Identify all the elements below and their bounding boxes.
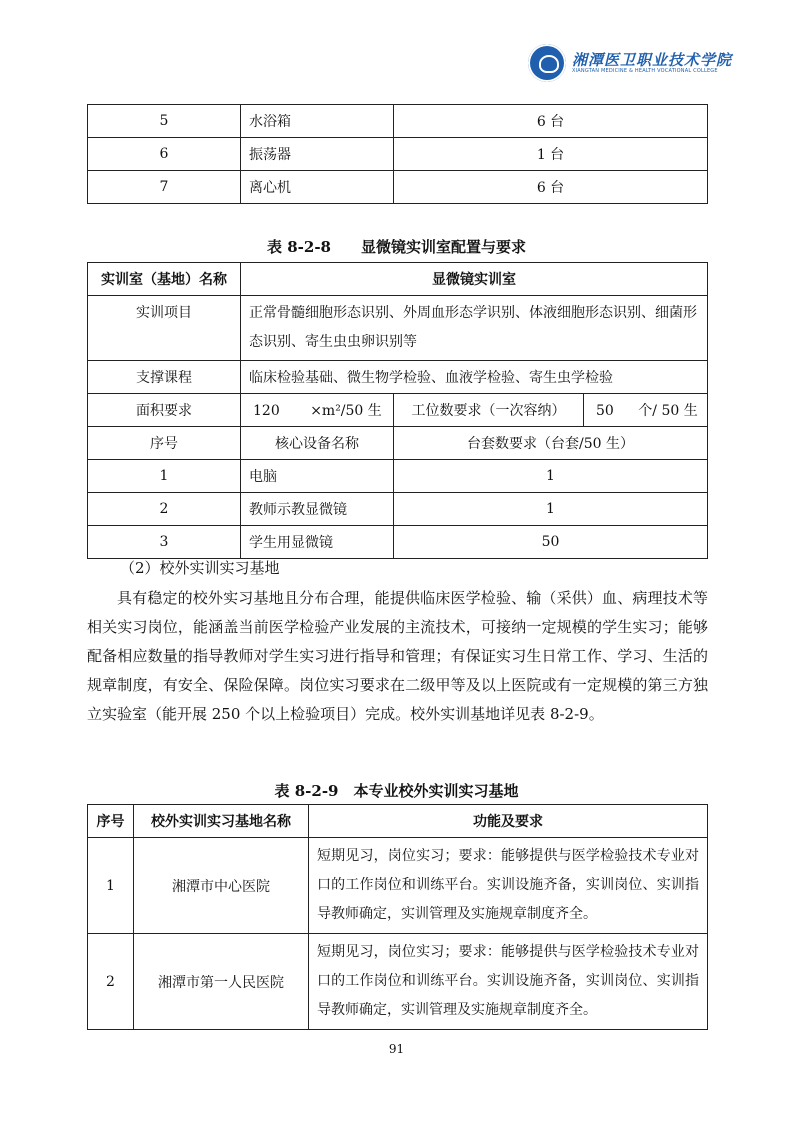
table-row: 实训室（基地）名称 显微镜实训室 (88, 263, 708, 296)
logo-english-name: XIANGTAN MEDICINE & HEALTH VOCATIONAL CO… (572, 68, 732, 75)
table-row: 1 湘潭市中心医院 短期见习，岗位实习；要求：能够提供与医学检验技术专业对口的工… (88, 838, 708, 934)
project-value: 正常骨髓细胞形态识别、外周血形态学识别、体液细胞形态识别、细菌形态识别、寄生虫虫… (241, 296, 708, 361)
course-label: 支撑课程 (88, 361, 241, 394)
college-emblem-icon (528, 44, 566, 82)
table-caption-8-2-9: 表 8-2-9 本专业校外实训实习基地 (0, 780, 793, 801)
course-value: 临床检验基础、微生物学检验、血液学检验、寄生虫学检验 (241, 361, 708, 394)
area-unit: ×m²/50 生 (310, 403, 382, 419)
row-name: 湘潭市第一人民医院 (134, 934, 309, 1030)
table-header-row: 序号 校外实训实习基地名称 功能及要求 (88, 805, 708, 838)
station-value: 50 (596, 403, 614, 419)
table-row: 1 电脑 1 (88, 460, 708, 493)
row-no: 1 (88, 460, 241, 493)
microscope-lab-table: 实训室（基地）名称 显微镜实训室 实训项目 正常骨髓细胞形态识别、外周血形态学识… (87, 262, 708, 559)
area-value: 120 (253, 403, 280, 419)
table-row: 2 湘潭市第一人民医院 短期见习，岗位实习；要求：能够提供与医学检验技术专业对口… (88, 934, 708, 1030)
row-qty: 6 台 (394, 171, 708, 204)
col-no-header: 序号 (88, 805, 134, 838)
row-name: 电脑 (241, 460, 394, 493)
row-no: 5 (88, 105, 241, 138)
station-label: 工位数要求（一次容纳） (394, 394, 584, 427)
section-paragraph: 具有稳定的校外实习基地且分布合理，能提供临床医学检验、输（采供）血、病理技术等相… (87, 584, 708, 729)
col-name-header: 校外实训实习基地名称 (134, 805, 309, 838)
row-qty: 6 台 (394, 105, 708, 138)
area-label: 面积要求 (88, 394, 241, 427)
col-func-header: 功能及要求 (309, 805, 708, 838)
table-row: 2 教师示教显微镜 1 (88, 493, 708, 526)
row-name: 振荡器 (241, 138, 394, 171)
row-qty: 1 (394, 493, 708, 526)
table-row: 7 离心机 6 台 (88, 171, 708, 204)
row-func: 短期见习，岗位实习；要求：能够提供与医学检验技术专业对口的工作岗位和训练平台。实… (309, 838, 708, 934)
row-name: 离心机 (241, 171, 394, 204)
equipment-table-continued: 5 水浴箱 6 台 6 振荡器 1 台 7 离心机 6 台 (87, 104, 708, 204)
row-no: 7 (88, 171, 241, 204)
row-no: 2 (88, 934, 134, 1030)
row-name: 湘潭市中心医院 (134, 838, 309, 934)
lab-name-value: 显微镜实训室 (241, 263, 708, 296)
page-number: 91 (0, 1042, 793, 1056)
table-row: 实训项目 正常骨髓细胞形态识别、外周血形态学识别、体液细胞形态识别、细菌形态识别… (88, 296, 708, 361)
table-row: 支撑课程 临床检验基础、微生物学检验、血液学检验、寄生虫学检验 (88, 361, 708, 394)
college-logo: 湘潭医卫职业技术学院 XIANGTAN MEDICINE & HEALTH VO… (528, 44, 732, 82)
row-qty: 1 (394, 460, 708, 493)
row-qty: 1 台 (394, 138, 708, 171)
row-no: 1 (88, 838, 134, 934)
table-row: 5 水浴箱 6 台 (88, 105, 708, 138)
logo-chinese-name: 湘潭医卫职业技术学院 (572, 52, 732, 68)
table-header-row: 序号 核心设备名称 台套数要求（台套/50 生） (88, 427, 708, 460)
col-no-header: 序号 (88, 427, 241, 460)
project-label: 实训项目 (88, 296, 241, 361)
external-training-base-table: 序号 校外实训实习基地名称 功能及要求 1 湘潭市中心医院 短期见习，岗位实习；… (87, 804, 708, 1030)
table-caption-8-2-8: 表 8-2-8 显微镜实训室配置与要求 (0, 236, 793, 257)
row-func: 短期见习，岗位实习；要求：能够提供与医学检验技术专业对口的工作岗位和训练平台。实… (309, 934, 708, 1030)
station-unit: 个/ 50 生 (638, 403, 697, 419)
section-subheading: （2）校外实训实习基地 (120, 554, 741, 583)
table-row: 6 振荡器 1 台 (88, 138, 708, 171)
station-cell: 50 个/ 50 生 (584, 394, 708, 427)
logo-text: 湘潭医卫职业技术学院 XIANGTAN MEDICINE & HEALTH VO… (572, 52, 732, 75)
row-no: 6 (88, 138, 241, 171)
col-qty-header: 台套数要求（台套/50 生） (394, 427, 708, 460)
row-name: 教师示教显微镜 (241, 493, 394, 526)
table-row: 面积要求 120 ×m²/50 生 工位数要求（一次容纳） 50 个/ 50 生 (88, 394, 708, 427)
col-equipment-header: 核心设备名称 (241, 427, 394, 460)
area-cell: 120 ×m²/50 生 (241, 394, 394, 427)
lab-name-label: 实训室（基地）名称 (88, 263, 241, 296)
row-no: 2 (88, 493, 241, 526)
row-name: 水浴箱 (241, 105, 394, 138)
